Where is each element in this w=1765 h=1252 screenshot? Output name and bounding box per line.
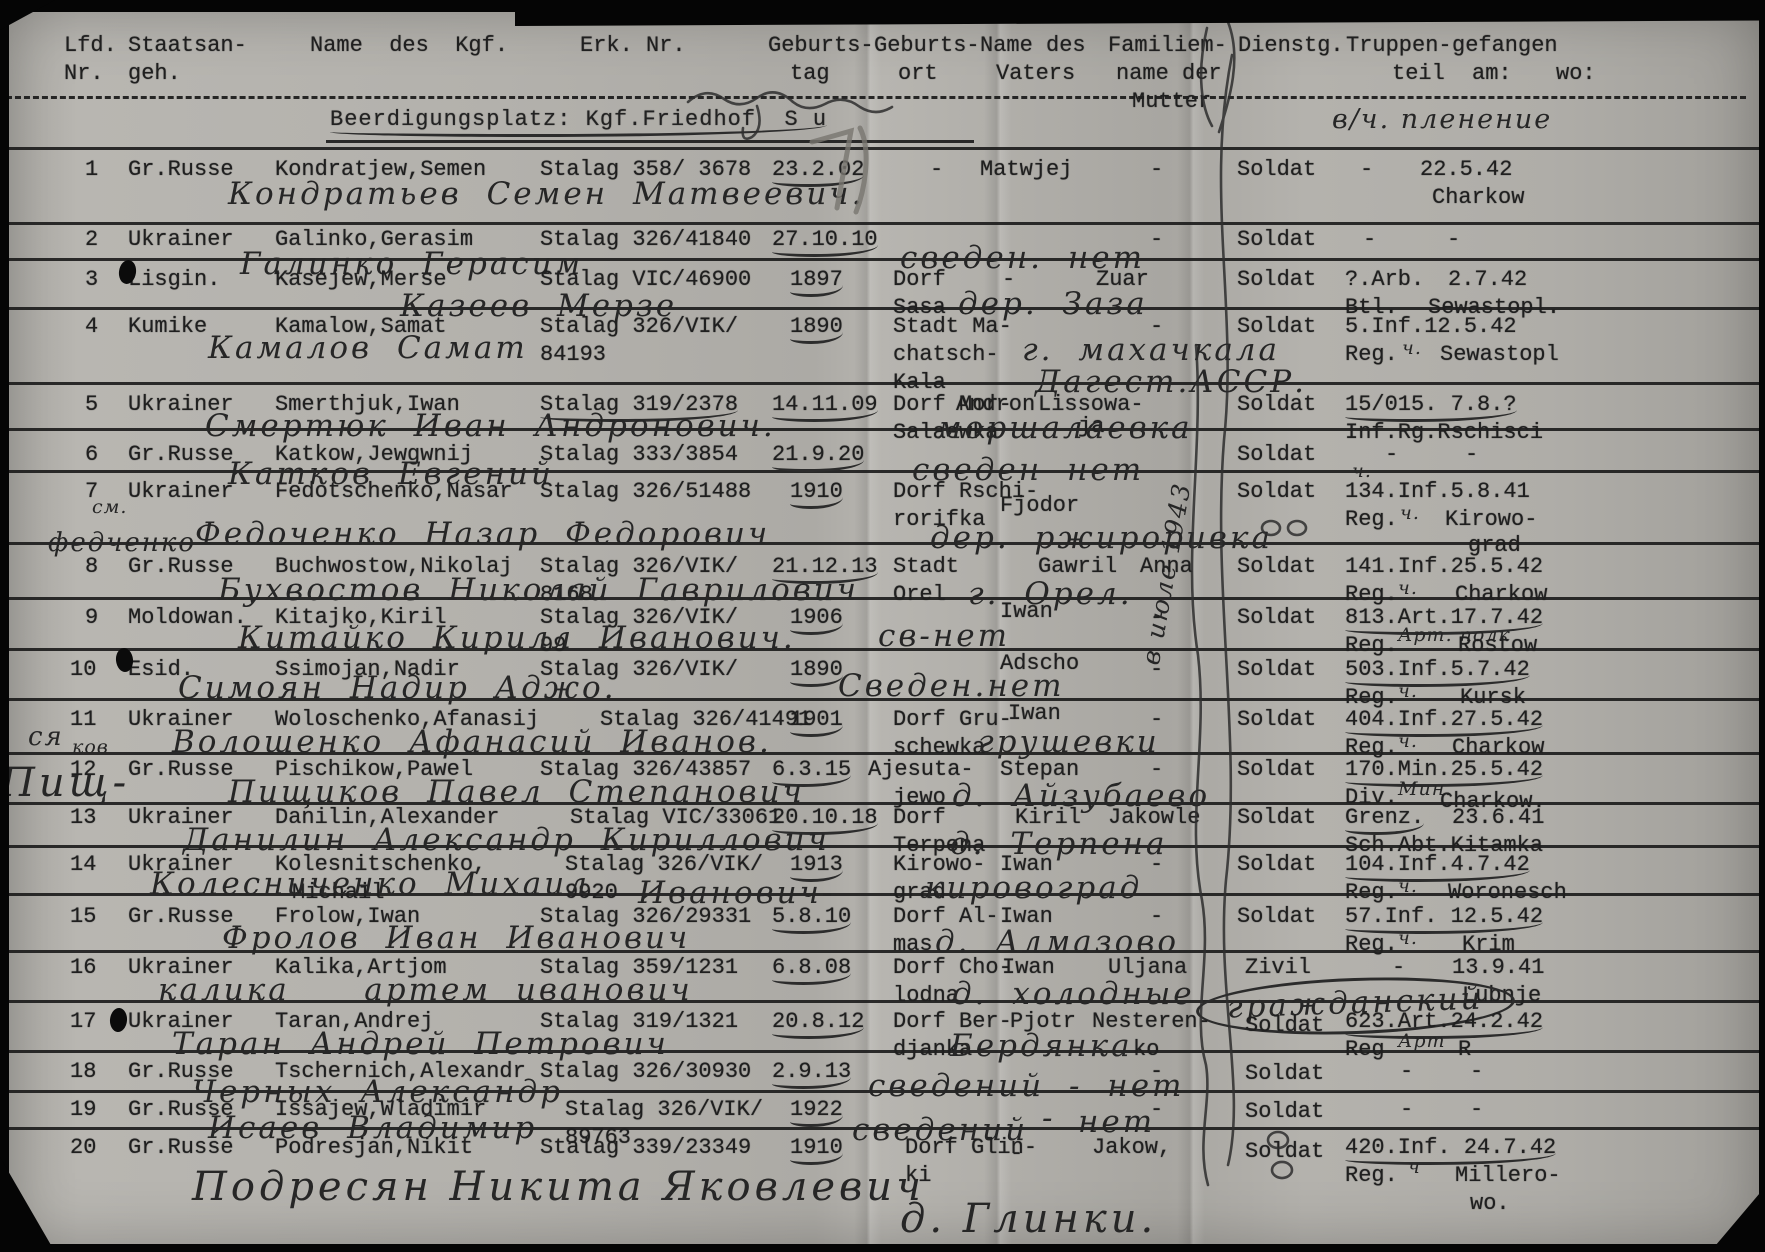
handwritten-note: д. Глинки. (900, 1196, 1157, 1242)
typed-cell: Soldat (1245, 1138, 1324, 1165)
typed-cell: Millero- (1455, 1162, 1561, 1189)
typed-cell: Gr.Russe (128, 1134, 234, 1161)
table-row: 20Gr.RussePodresjan,NikitStalag 339/2334… (0, 0, 1765, 1252)
typed-cell: 420.Inf. 24.7.42 (1345, 1134, 1556, 1165)
handwritten-note: Подресян Никита Яковлевич (192, 1164, 925, 1210)
handwritten-note: ч (1408, 1156, 1421, 1178)
typed-cell: Podresjan,Nikit (275, 1134, 473, 1161)
typed-cell: Stalag 339/23349 (540, 1134, 751, 1161)
scanned-document-page: Lfd.Nr.Staatsan-geh.Name des Kgf.Erk. Nr… (0, 0, 1765, 1252)
typed-cell: 20 (70, 1134, 96, 1161)
typed-cell: Reg. (1345, 1162, 1398, 1189)
scan-edge-left (0, 0, 9, 1252)
scan-edge-bottom (0, 1244, 1765, 1252)
typed-cell: wo. (1470, 1190, 1510, 1217)
typed-cell: - (1010, 1140, 1023, 1167)
typed-cell: Jakow, (1092, 1134, 1171, 1161)
typed-cell: 1910 (790, 1134, 843, 1165)
scan-edge-right (1759, 0, 1765, 1252)
document-content: Lfd.Nr.Staatsan-geh.Name des Kgf.Erk. Nr… (0, 0, 1765, 1252)
